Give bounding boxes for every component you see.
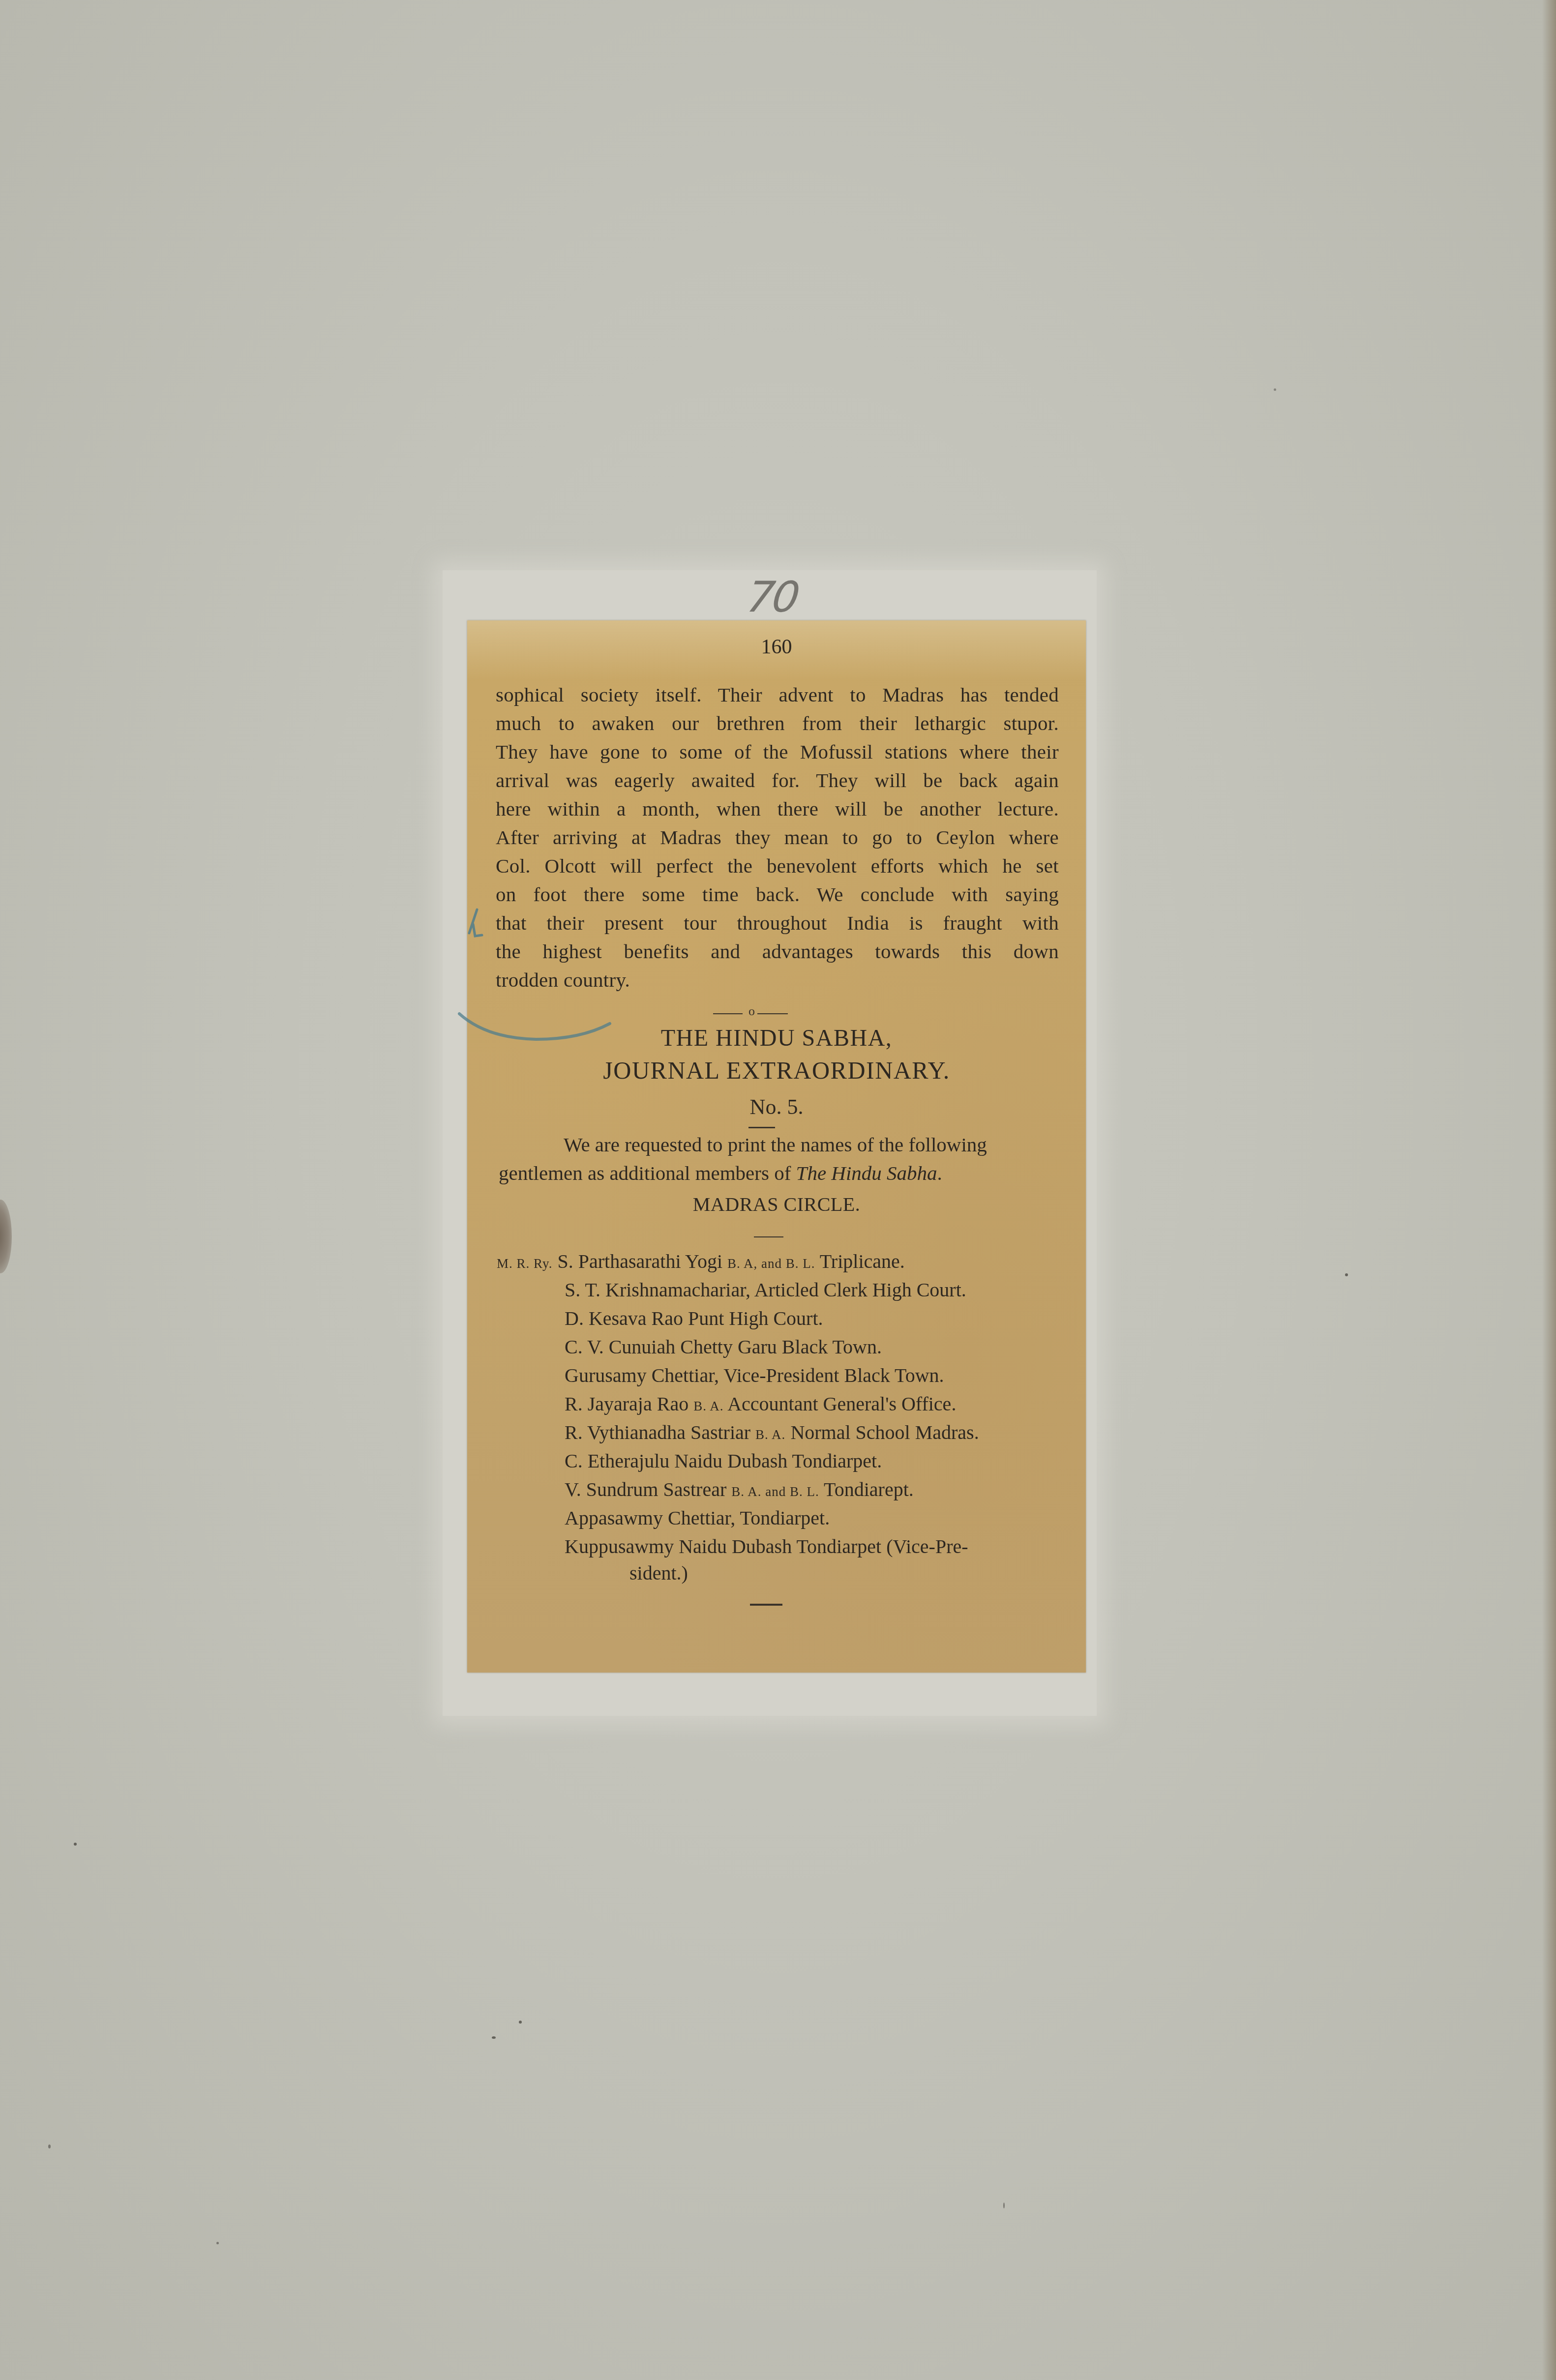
member-detail: Normal School Madras.	[790, 1421, 979, 1443]
separator-ornament: o	[748, 1004, 755, 1019]
member-line: M. R. Ry. S. Parthasarathi Yogi B. A, an…	[497, 1250, 905, 1273]
member-line: C. V. Cunuiah Chetty Garu Black Town.	[565, 1335, 882, 1358]
member-line: S. T. Krishnamachariar, Articled Clerk H…	[565, 1278, 966, 1301]
member-detail: Articled Clerk High Court.	[754, 1279, 966, 1301]
member-name: V. Sundrum Sastrear	[565, 1478, 726, 1500]
intro-line: gentlemen as additional members of The H…	[499, 1161, 942, 1185]
paper-speck	[492, 2036, 496, 2039]
member-detail: Tondiarpet (Vice-Pre-	[796, 1535, 968, 1557]
member-name: C. Etherajulu Naidu Dubash	[565, 1450, 787, 1472]
binding-shadow	[0, 1200, 12, 1273]
member-line: C. Etherajulu Naidu Dubash Tondiarpet.	[565, 1449, 882, 1472]
member-name: Appasawmy Chettiar,	[565, 1507, 735, 1529]
intro-text: gentlemen as additional members of	[499, 1162, 796, 1184]
short-rule	[754, 1236, 783, 1237]
member-degree: B. A, and B. L.	[727, 1256, 815, 1271]
issue-number: No. 5.	[467, 1094, 1086, 1119]
member-line: D. Kesava Rao Punt High Court.	[565, 1307, 823, 1330]
paper-speck	[74, 1843, 77, 1846]
member-degree: B. A.	[693, 1399, 723, 1413]
end-rule	[750, 1604, 782, 1606]
section-subtitle: JOURNAL EXTRAORDINARY.	[467, 1056, 1086, 1085]
paper-speck	[1345, 1273, 1348, 1276]
paper-speck	[1003, 2203, 1005, 2208]
member-line: R. Jayaraja Rao B. A. Accountant General…	[565, 1392, 956, 1415]
article-line: on foot there some time back. We conclud…	[496, 882, 1059, 906]
paper-speck	[216, 2242, 219, 2244]
member-detail: High Court.	[729, 1307, 823, 1329]
separator-rule-right	[757, 1013, 788, 1014]
member-degree: B. A. and B. L.	[731, 1484, 819, 1499]
handwritten-page-number: 70	[744, 573, 825, 622]
member-line: V. Sundrum Sastrear B. A. and B. L. Tond…	[565, 1478, 914, 1501]
article-line: They have gone to some of the Mofussil s…	[496, 740, 1059, 764]
member-detail: Accountant General's Office.	[727, 1393, 956, 1415]
paper-speck	[48, 2145, 51, 2148]
article-line: the highest benefits and advantages towa…	[496, 940, 1059, 963]
article-line: trodden country.	[496, 968, 1059, 992]
paper-speck	[1274, 388, 1276, 391]
article-line: arrival was eagerly awaited for. They wi…	[496, 768, 1059, 792]
paper-speck	[519, 2021, 522, 2024]
member-name: C. V. Cunuiah Chetty Garu	[565, 1336, 777, 1358]
member-detail: Tondiarept.	[824, 1478, 914, 1500]
member-detail: Tondiarpet.	[740, 1507, 830, 1529]
section-title: THE HINDU SABHA,	[467, 1025, 1086, 1052]
member-line: Appasawmy Chettiar, Tondiarpet.	[565, 1506, 830, 1529]
member-line: Gurusamy Chettiar, Vice-President Black …	[565, 1364, 944, 1387]
member-name: R. Vythianadha Sastriar	[565, 1421, 750, 1443]
intro-line: We are requested to print the names of t…	[564, 1133, 987, 1156]
short-rule	[748, 1127, 775, 1128]
article-line: much to awaken our brethren from their l…	[496, 711, 1059, 735]
intro-punctuation: .	[937, 1162, 942, 1184]
member-detail: Black Town.	[782, 1336, 882, 1358]
member-name: Gurusamy Chettiar,	[565, 1364, 719, 1386]
article-line: sophical society itself. Their advent to…	[496, 683, 1059, 706]
article-line: here within a month, when there will be …	[496, 797, 1059, 821]
member-line-continuation: sident.)	[629, 1561, 688, 1585]
member-name: R. Jayaraja Rao	[565, 1393, 688, 1415]
member-line: R. Vythianadha Sastriar B. A. Normal Sch…	[565, 1421, 979, 1444]
honorific-prefix: M. R. Ry.	[497, 1256, 552, 1271]
newspaper-clipping: 160 sophical society itself. Their adven…	[467, 620, 1086, 1673]
book-page-edge	[1542, 0, 1556, 2380]
separator-rule-left	[713, 1013, 743, 1014]
member-name: S. Parthasarathi Yogi	[557, 1250, 722, 1272]
article-line: that their present tour throughout India…	[496, 911, 1059, 935]
publication-name: The Hindu Sabha	[796, 1162, 937, 1184]
member-name: Kuppusawmy Naidu Dubash	[565, 1535, 792, 1557]
circle-heading: MADRAS CIRCLE.	[467, 1193, 1086, 1216]
member-line: Kuppusawmy Naidu Dubash Tondiarpet (Vice…	[565, 1535, 968, 1558]
printed-page-number: 160	[467, 635, 1086, 659]
member-detail: Triplicane.	[820, 1250, 905, 1272]
member-degree: B. A.	[755, 1427, 785, 1442]
article-line: Col. Olcott will perfect the benevolent …	[496, 854, 1059, 878]
member-name: D. Kesava Rao Punt	[565, 1307, 724, 1329]
member-detail: Vice-President Black Town.	[723, 1364, 944, 1386]
member-detail: Tondiarpet.	[792, 1450, 882, 1472]
member-name: S. T. Krishnamachariar,	[565, 1279, 750, 1301]
article-line: After arriving at Madras they mean to go…	[496, 825, 1059, 849]
